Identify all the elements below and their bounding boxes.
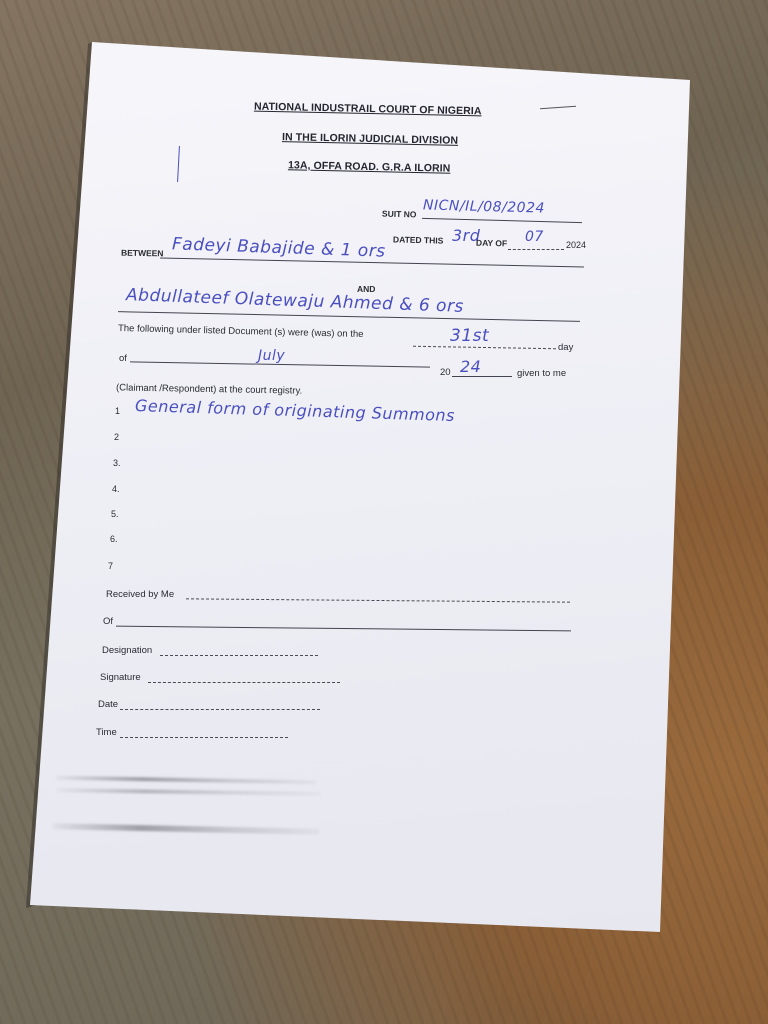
receipt-month-value: July [258,348,285,364]
list-item-number: 2 [114,432,119,442]
smudged-text-line [56,788,321,796]
list-item-text: General form of originating Summons [135,396,455,425]
designation-field[interactable] [160,655,318,656]
receipt-year-prefix: 20 [440,367,451,378]
smudged-text-line [56,776,316,785]
list-item-number: 4. [112,484,120,494]
receipt-day-value: 31st [450,326,489,346]
date-label: Date [98,699,118,710]
receipt-year-value: 24 [460,357,481,376]
received-by-field[interactable] [186,598,570,602]
court-division: IN THE ILORIN JUDICIAL DIVISION [282,131,458,147]
day-of-label: DAY OF [476,238,507,249]
of-field[interactable] [116,626,571,632]
suit-number-field: SUIT NO [382,204,417,223]
list-item-number: 1 [115,406,120,416]
receipt-year-underline [452,376,512,377]
suit-number-label: SUIT NO [382,209,417,220]
pen-stroke [177,146,180,182]
list-item-number: 3. [113,458,121,468]
receipt-line-3: (Claimant /Respondent) at the court regi… [116,382,302,396]
list-item-number: 6. [110,534,118,544]
signature-field[interactable] [148,682,340,683]
dated-label: DATED THIS [393,234,444,245]
list-item-number: 5. [111,509,119,519]
signature-label: Signature [100,672,141,683]
list-item-number: 7 [108,561,113,571]
dated-year: 2024 [566,240,586,250]
smudged-text-line [52,823,320,835]
date-field[interactable] [120,709,320,710]
receipt-of-label: of [119,353,127,364]
pen-mark [540,106,576,110]
receipt-day-underline [413,346,556,349]
receipt-line-1: The following under listed Document (s) … [118,323,364,340]
dated-month-underline [508,249,564,250]
time-label: Time [96,727,117,738]
court-form: NATIONAL INDUSTRAIL COURT OF NIGERIA IN … [0,0,768,1024]
received-by-label: Received by Me [106,589,174,600]
given-label: given to me [517,368,566,379]
court-address: 13A, OFFA ROAD. G.R.A ILORIN [288,159,451,174]
receipt-day-label: day [558,342,573,353]
time-field[interactable] [120,737,288,738]
between-label: BETWEEN [121,248,164,259]
designation-label: Designation [102,645,152,656]
suit-number-underline [422,218,582,223]
court-name: NATIONAL INDUSTRAIL COURT OF NIGERIA [254,101,482,118]
dated-month: 07 [525,229,544,245]
of-label: Of [103,616,113,627]
suit-number-value: NICN/IL/08/2024 [423,197,545,216]
